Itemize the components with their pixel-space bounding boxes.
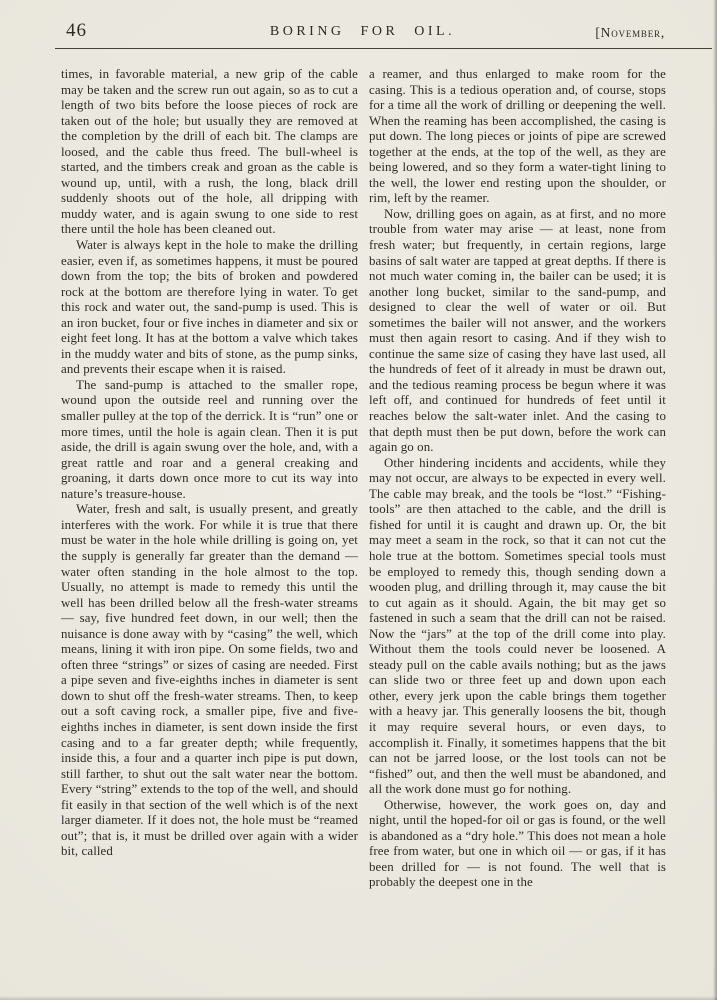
issue-label: [November,: [595, 25, 665, 41]
text-column-right: a reamer, and thus enlarged to make room…: [369, 67, 666, 891]
paragraph: Water is always kept in the hole to make…: [61, 238, 358, 378]
header-rule: [55, 48, 712, 49]
paragraph: Now, drilling goes on again, as at first…: [369, 207, 666, 456]
paragraph: times, in favorable material, a new grip…: [61, 67, 358, 238]
text-column-left: times, in favorable material, a new grip…: [61, 67, 358, 891]
article-body: times, in favorable material, a new grip…: [61, 67, 666, 891]
paragraph: The sand-pump is attached to the smaller…: [61, 378, 358, 502]
paragraph: Water, fresh and salt, is usually presen…: [61, 502, 358, 860]
page-header: 46 BORING FOR OIL. [November,: [58, 18, 667, 44]
page-edge-shadow-bottom: [0, 996, 717, 1000]
paragraph: Otherwise, however, the work goes on, da…: [369, 798, 666, 891]
scanned-page: 46 BORING FOR OIL. [November, times, in …: [0, 0, 717, 1000]
paragraph: a reamer, and thus enlarged to make room…: [369, 67, 666, 207]
paragraph: Other hindering incidents and accidents,…: [369, 456, 666, 798]
page-title: BORING FOR OIL.: [58, 24, 667, 40]
page-edge-shadow-right: [712, 0, 717, 1000]
